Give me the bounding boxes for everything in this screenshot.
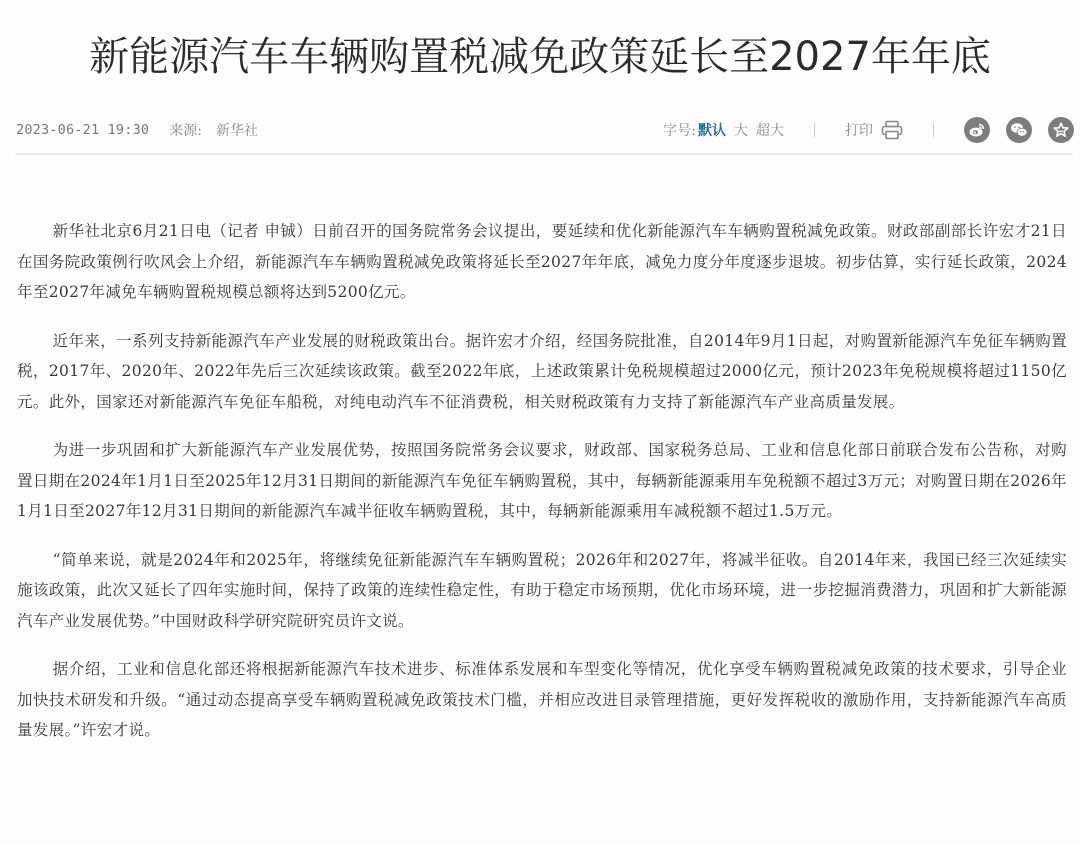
source-name: 新华社: [216, 120, 258, 140]
article-paragraph: “简单来说，就是2024年和2025年，将继续免征新能源汽车车辆购置税；2026…: [17, 545, 1067, 637]
wechat-icon: [1010, 122, 1028, 138]
weibo-icon: [968, 122, 986, 138]
article-paragraph: 据介绍，工业和信息化部还将根据新能源汽车技术进步、标准体系发展和车型变化等情况，…: [17, 654, 1067, 746]
article-meta: 2023-06-21 19:30 来源: 新华社: [16, 120, 258, 140]
wechat-share-button[interactable]: [1006, 117, 1032, 143]
toolbar-divider: [933, 123, 934, 137]
article-paragraph: 新华社北京6月21日电（记者 申铖）日前召开的国务院常务会议提出，要延续和优化新…: [17, 216, 1067, 308]
article-meta-bar: 2023-06-21 19:30 来源: 新华社 字号: 默认 大 超大 打印: [16, 116, 1074, 144]
font-size-xlarge-option[interactable]: 超大: [756, 120, 784, 140]
article-paragraph: 近年来，一系列支持新能源汽车产业发展的财税政策出台。据许宏才介绍，经国务院批准，…: [17, 326, 1067, 418]
toolbar-divider: [814, 123, 815, 137]
publish-datetime: 2023-06-21 19:30: [16, 122, 149, 138]
article-body: 新华社北京6月21日电（记者 申铖）日前召开的国务院常务会议提出，要延续和优化新…: [17, 216, 1067, 764]
font-size-large-option[interactable]: 大: [734, 120, 748, 140]
article-title: 新能源汽车车辆购置税减免政策延长至2027年年底: [0, 30, 1080, 84]
weibo-share-button[interactable]: [964, 117, 990, 143]
article-toolbar: 字号: 默认 大 超大 打印: [663, 116, 1074, 144]
printer-icon: [881, 120, 903, 140]
print-button[interactable]: 打印: [845, 120, 903, 140]
font-size-label: 字号:: [663, 120, 696, 140]
share-buttons: [964, 117, 1074, 143]
source-label: 来源:: [169, 120, 202, 140]
font-size-default-option[interactable]: 默认: [698, 120, 726, 140]
print-label: 打印: [845, 120, 873, 140]
article-paragraph: 为进一步巩固和扩大新能源汽车产业发展优势，按照国务院常务会议要求，财政部、国家税…: [17, 435, 1067, 527]
favorite-star-icon: [1053, 122, 1069, 138]
favorite-button[interactable]: [1048, 117, 1074, 143]
header-divider: [15, 153, 1073, 155]
